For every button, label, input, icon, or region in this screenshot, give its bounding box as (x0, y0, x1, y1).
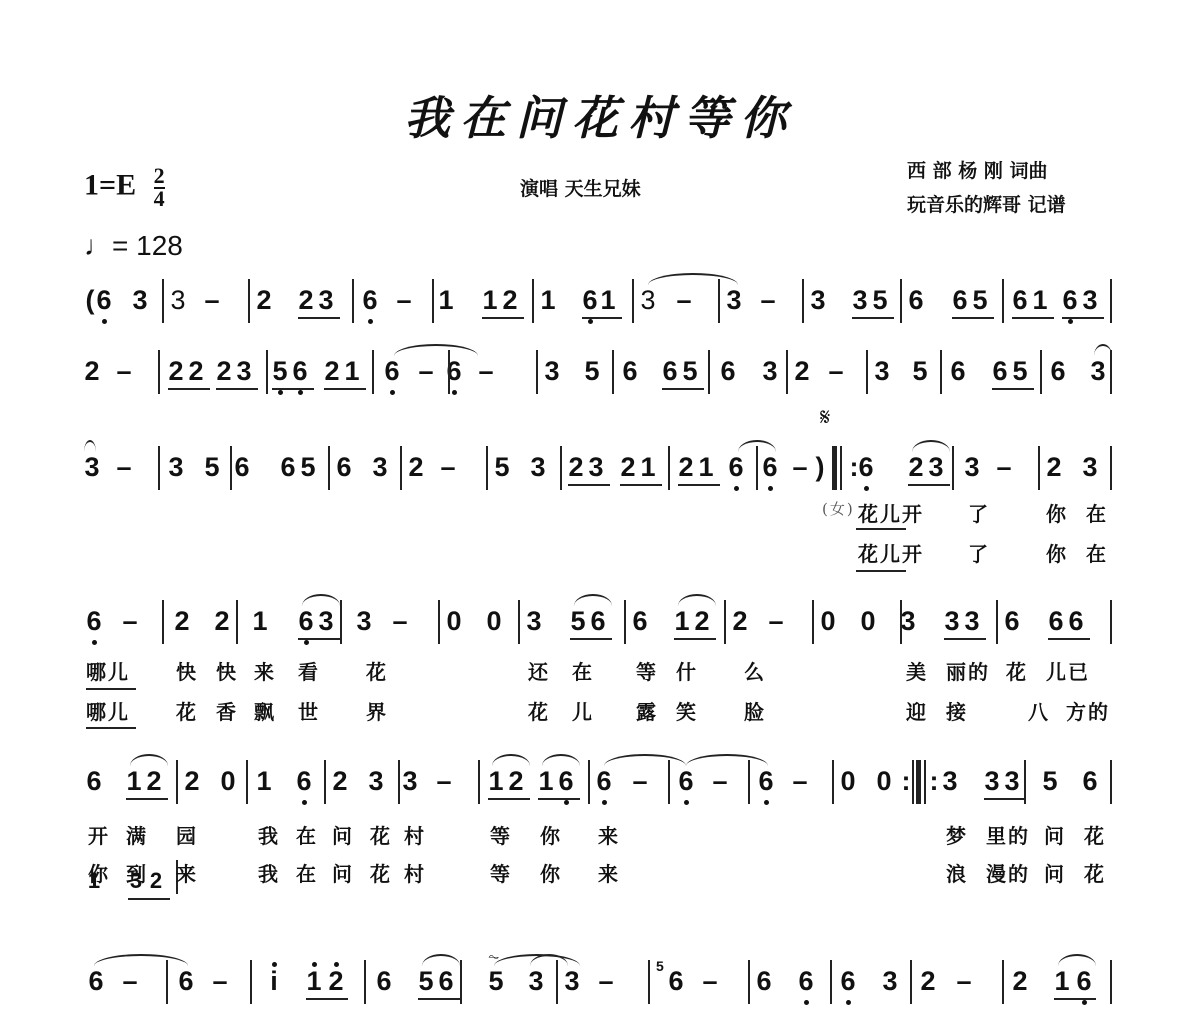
note: 6 (796, 966, 816, 996)
note: 5 (568, 606, 588, 636)
note: 3 (526, 966, 546, 996)
eighth-underline (298, 638, 340, 640)
eighth-underline (944, 638, 986, 640)
note: 2 (214, 356, 234, 386)
repeat-thin (924, 760, 926, 804)
slur-arc (542, 754, 580, 766)
note: 3 (524, 606, 544, 636)
bar-line (724, 600, 726, 644)
bar-line (556, 960, 558, 1004)
note: 6 (756, 766, 776, 796)
bar-line (158, 350, 160, 394)
lyric-syllable: 来 (598, 858, 620, 887)
note: 3 (808, 285, 828, 315)
note: – (416, 356, 436, 386)
lyric-syllable: 来 (598, 820, 620, 849)
lyric-syllable: 园 (176, 820, 198, 849)
lyric-bracket-line (856, 570, 906, 572)
note: 3 (168, 285, 188, 315)
note: 6 (360, 285, 380, 315)
note: 0 (858, 606, 878, 636)
note: 3 (962, 606, 982, 636)
lyric-syllable: 看 (298, 656, 320, 685)
repeat-thick (916, 760, 921, 804)
octave-dot-below (298, 390, 303, 395)
note: 6 (754, 966, 774, 996)
eighth-underline (582, 317, 622, 319)
eighth-underline (952, 317, 994, 319)
lyric-syllable: 村 (404, 820, 426, 849)
note: 2 (186, 356, 206, 386)
slur-arc (686, 754, 768, 766)
note: 2 (322, 356, 342, 386)
bar-line (1110, 600, 1112, 644)
bar-line (438, 600, 440, 644)
bar-line (448, 350, 450, 394)
repeat-thin (912, 760, 914, 804)
bar-line (352, 279, 354, 323)
bar-line (900, 600, 902, 644)
time-signature: 2 4 (154, 166, 165, 209)
note: 3 (586, 452, 606, 482)
bar-line (324, 760, 326, 804)
lyric-syllable: 香 (216, 696, 238, 725)
lyric-syllable: 儿已 (1046, 656, 1090, 685)
note: – (120, 966, 140, 996)
note: – (954, 966, 974, 996)
note: 1 (672, 606, 692, 636)
note: 5 (202, 452, 222, 482)
lyric-syllable: 等 (490, 858, 512, 887)
note: 2 (330, 766, 350, 796)
lyric-syllable: 花儿开 (858, 498, 924, 527)
note: 6 (444, 356, 464, 386)
note: 2 (254, 285, 274, 315)
note: 3 (370, 452, 390, 482)
note: – (826, 356, 846, 386)
slur-arc (130, 754, 168, 766)
bar-line (1110, 960, 1112, 1004)
note: 3 (982, 766, 1002, 796)
eighth-underline (216, 388, 258, 390)
note: 1 (304, 966, 324, 996)
octave-dot-below (684, 800, 689, 805)
note: 5 (582, 356, 602, 386)
octave-dot-below (92, 640, 97, 645)
note: 6 (838, 966, 858, 996)
note: 3 (926, 452, 946, 482)
lyric-syllable: 哪儿 (86, 696, 130, 725)
eighth-underline (482, 317, 524, 319)
note: 6 (856, 452, 876, 482)
note: – (434, 766, 454, 796)
slur-arc (394, 344, 478, 356)
lyric-syllable: 你 (1046, 538, 1068, 567)
eighth-underline (674, 638, 716, 640)
bar-line (812, 600, 814, 644)
note: 5 (486, 966, 506, 996)
slur-arc (648, 273, 738, 285)
lyric-syllable: 快 (176, 656, 198, 685)
note: 1 (638, 452, 658, 482)
note: 6 (86, 966, 106, 996)
note: 2 (618, 452, 638, 482)
lyric-syllable: 还 (528, 656, 550, 685)
note: 1 (254, 766, 274, 796)
note: 0 (874, 766, 894, 796)
eighth-underline (678, 484, 720, 486)
lyric-syllable: 方的 (1066, 696, 1110, 725)
lyric-syllable: 开 (88, 820, 110, 849)
octave-dot-above (334, 962, 339, 967)
eighth-underline (1062, 317, 1104, 319)
note: 5 (492, 452, 512, 482)
eighth-underline (984, 798, 1026, 800)
bar-line (162, 279, 164, 323)
note: 6 (948, 356, 968, 386)
lyric-syllable: 露 (636, 696, 658, 725)
note: 2 (144, 766, 164, 796)
bar-line (588, 760, 590, 804)
octave-dot-below (390, 390, 395, 395)
eighth-underline (418, 998, 460, 1000)
note: 3 (962, 452, 982, 482)
note: 2 (918, 966, 938, 996)
note: 2 (82, 356, 102, 386)
bar-line (1110, 760, 1112, 804)
note: 3 (942, 606, 962, 636)
lyric-syllable: 迎 (906, 696, 928, 725)
lyric-syllable: 儿 (572, 696, 594, 725)
bar-line (266, 350, 268, 394)
bar-line (236, 600, 238, 644)
note: 6 (294, 766, 314, 796)
eighth-underline (908, 484, 950, 486)
lyric-syllable: 在 (296, 858, 318, 887)
lyric-syllable: 美 (906, 656, 928, 685)
bar-line (372, 350, 374, 394)
bar-line (486, 446, 488, 490)
lyric-syllable: 梦 (946, 820, 968, 849)
note: 6 (1010, 285, 1030, 315)
eighth-underline (1054, 998, 1096, 1000)
note: 6 (334, 452, 354, 482)
lyric-syllable: 接 (946, 696, 968, 725)
note: 3 (400, 766, 420, 796)
octave-dot-below (1068, 319, 1073, 324)
note: 0 (838, 766, 858, 796)
lyric-syllable: 花 (370, 820, 392, 849)
note: 6 (436, 966, 456, 996)
octave-dot-below (768, 486, 773, 491)
slur-arc (1058, 954, 1096, 966)
bar-line (748, 760, 750, 804)
note: – (994, 452, 1014, 482)
note: 1 (536, 766, 556, 796)
lyric-syllable: 我 (258, 820, 280, 849)
note: 1 (696, 452, 716, 482)
lyric-syllable: 么 (744, 656, 766, 685)
note: 1 (1052, 966, 1072, 996)
note: 6 (726, 452, 746, 482)
note: 3 (724, 285, 744, 315)
bar-line (1110, 279, 1112, 323)
octave-dot-below (102, 319, 107, 324)
bar-line (832, 760, 834, 804)
eighth-underline (126, 798, 168, 800)
note: 6 (580, 285, 600, 315)
octave-dot-above (312, 962, 317, 967)
lyric-syllable: 问 (332, 858, 354, 887)
bar-line (432, 279, 434, 323)
bar-line (532, 279, 534, 323)
note: – (390, 606, 410, 636)
grace-note: 5 (656, 958, 664, 974)
note: 3 (1080, 285, 1100, 315)
note: 6 (94, 285, 114, 315)
repeat-start-thick (832, 446, 837, 490)
note: 6 (676, 766, 696, 796)
note: 3 (760, 356, 780, 386)
note: 6 (296, 606, 316, 636)
lyric-syllable: 花 (528, 696, 550, 725)
eighth-underline (324, 388, 366, 390)
note: – (674, 285, 694, 315)
segno-icon: 𝄋 (820, 404, 830, 432)
note: 6 (1080, 766, 1100, 796)
lyric-syllable: 我 (258, 858, 280, 887)
bar-line (952, 446, 954, 490)
composer-credit: 西 部 杨 刚 词曲 (907, 156, 1047, 183)
lyric-syllable: 花 (366, 656, 388, 685)
bar-line (802, 279, 804, 323)
lyric-syllable: 花 (1084, 858, 1106, 887)
bar-line (230, 446, 232, 490)
bar-line (718, 279, 720, 323)
slur-arc (678, 594, 716, 606)
note: 1 (1030, 285, 1050, 315)
lyric-syllable: 花 (1006, 656, 1028, 685)
note: 1 (124, 766, 144, 796)
note: 6 (950, 285, 970, 315)
note: 3 (562, 966, 582, 996)
note: 6 (718, 356, 738, 386)
bar-line (398, 760, 400, 804)
lyric-syllable: 在 (572, 656, 594, 685)
note: 3 (528, 452, 548, 482)
note: 0 (818, 606, 838, 636)
note: – (114, 356, 134, 386)
lyric-syllable: 花 (176, 696, 198, 725)
note: 6 (906, 285, 926, 315)
note: 2 (182, 766, 202, 796)
note: 6 (588, 606, 608, 636)
note: 6 (660, 356, 680, 386)
bar-line (248, 279, 250, 323)
key-label: 1=E (84, 168, 136, 201)
note: 1 (538, 285, 558, 315)
note: – (710, 766, 730, 796)
octave-dot-below (452, 390, 457, 395)
note: – (438, 452, 458, 482)
bar-line (668, 760, 670, 804)
bar-line (632, 279, 634, 323)
eighth-underline (662, 388, 704, 390)
bar-line (328, 446, 330, 490)
note: 3 (638, 285, 658, 315)
note: 5 (298, 452, 318, 482)
tempo-value: = 128 (112, 230, 183, 261)
octave-dot-below (304, 640, 309, 645)
note: 6 (990, 356, 1010, 386)
note: 3 (130, 285, 150, 315)
lyric-bracket-line (86, 727, 136, 729)
bar-line (1002, 279, 1004, 323)
quarter-note-icon: ♩ (84, 230, 112, 261)
note: – (596, 966, 616, 996)
bar-line (940, 350, 942, 394)
note: 2 (676, 452, 696, 482)
note: 2 (212, 606, 232, 636)
note: 6 (556, 766, 576, 796)
note: 3 (850, 285, 870, 315)
note: 3 (354, 606, 374, 636)
bar-line (1038, 446, 1040, 490)
note: 2 (730, 606, 750, 636)
note: 6 (84, 766, 104, 796)
note: 0 (218, 766, 238, 796)
lyric-syllable: 漫的 (986, 858, 1030, 887)
bar-line (1002, 960, 1004, 1004)
note: – (630, 766, 650, 796)
lyric-syllable: 花儿开 (858, 538, 924, 567)
lyric-syllable: 等 (636, 656, 658, 685)
lyric-syllable: 界 (366, 696, 388, 725)
note: 6 (1060, 285, 1080, 315)
note: 2 (146, 866, 166, 896)
note: 3 (940, 766, 960, 796)
lyric-syllable: 等 (490, 820, 512, 849)
note: 3 (366, 766, 386, 796)
lyric-syllable: 在 (1086, 538, 1108, 567)
note: 2 (406, 452, 426, 482)
note: 1 (250, 606, 270, 636)
lyric-syllable: 里的 (986, 820, 1030, 849)
eighth-underline (306, 998, 348, 1000)
eighth-underline (272, 388, 314, 390)
bar-line (364, 960, 366, 1004)
note: 6 (374, 966, 394, 996)
bar-line (1110, 350, 1112, 394)
bar-line (536, 350, 538, 394)
eighth-underline (298, 317, 340, 319)
note: 3 (82, 452, 102, 482)
lyric-bracket-line (856, 528, 906, 530)
note: 1 (342, 356, 362, 386)
eighth-underline (1048, 638, 1090, 640)
octave-dot-below (588, 319, 593, 324)
note: 0 (444, 606, 464, 636)
time-denominator: 4 (154, 189, 165, 209)
note: 5 (416, 966, 436, 996)
eighth-underline (570, 638, 612, 640)
bar-line (624, 600, 626, 644)
bar-line (900, 279, 902, 323)
lyric-syllable: 世 (298, 696, 320, 725)
note: 6 (594, 766, 614, 796)
bar-line (400, 446, 402, 490)
eighth-underline (538, 798, 580, 800)
octave-dot-below (764, 800, 769, 805)
lyric-syllable: 到 (126, 858, 148, 887)
note: 3 (166, 452, 186, 482)
note: 2 (792, 356, 812, 386)
song-title: 我在问花村等你 (0, 82, 1200, 148)
bar-line (830, 960, 832, 1004)
bar-line (612, 350, 614, 394)
bar-line (518, 600, 520, 644)
bar-line (708, 350, 710, 394)
bar-line (648, 960, 650, 1004)
slur-arc (492, 754, 530, 766)
lyric-syllable: 来 (176, 858, 198, 887)
eighth-underline (992, 388, 1034, 390)
lyric-syllable: 村 (404, 858, 426, 887)
bar-line (668, 446, 670, 490)
tempo-marking: ♩= 128 (84, 230, 183, 262)
note: – (202, 285, 222, 315)
lyric-syllable: 浪 (946, 858, 968, 887)
lyric-syllable: 哪儿 (86, 656, 130, 685)
bar-line (1040, 350, 1042, 394)
note: 6 (630, 606, 650, 636)
note: 0 (484, 606, 504, 636)
note: 2 (172, 606, 192, 636)
note: – (210, 966, 230, 996)
lyric-syllable: 你 (88, 858, 110, 887)
octave-dot-below (1082, 1000, 1087, 1005)
bar-line (460, 960, 462, 1004)
lyric-syllable: 问 (1044, 820, 1066, 849)
note: 5 (1040, 766, 1060, 796)
voice-marker: (女) (822, 498, 855, 519)
lyric-syllable: 了 (968, 498, 990, 527)
note: ) (810, 452, 830, 482)
note: 3 (542, 356, 562, 386)
octave-dot-below (278, 390, 283, 395)
lyric-syllable: 丽的 (946, 656, 990, 685)
bar-line (560, 446, 562, 490)
bar-line (786, 350, 788, 394)
slur-arc (422, 954, 460, 966)
lyric-syllable: 来 (254, 656, 276, 685)
note: 2 (1044, 452, 1064, 482)
lyric-syllable: 八 (1028, 696, 1050, 725)
note: 5 (1010, 356, 1030, 386)
bar-line (756, 446, 758, 490)
bar-line (158, 446, 160, 490)
note: 6 (176, 966, 196, 996)
slur-arc (84, 440, 96, 452)
lyric-syllable: 满 (126, 820, 148, 849)
note: 5 (870, 285, 890, 315)
note: 2 (906, 452, 926, 482)
note: 6 (1002, 606, 1022, 636)
slur-arc (302, 594, 340, 606)
transcriber-credit: 玩音乐的辉哥 记谱 (907, 190, 1066, 217)
note: 3 (316, 606, 336, 636)
eighth-underline (168, 388, 210, 390)
